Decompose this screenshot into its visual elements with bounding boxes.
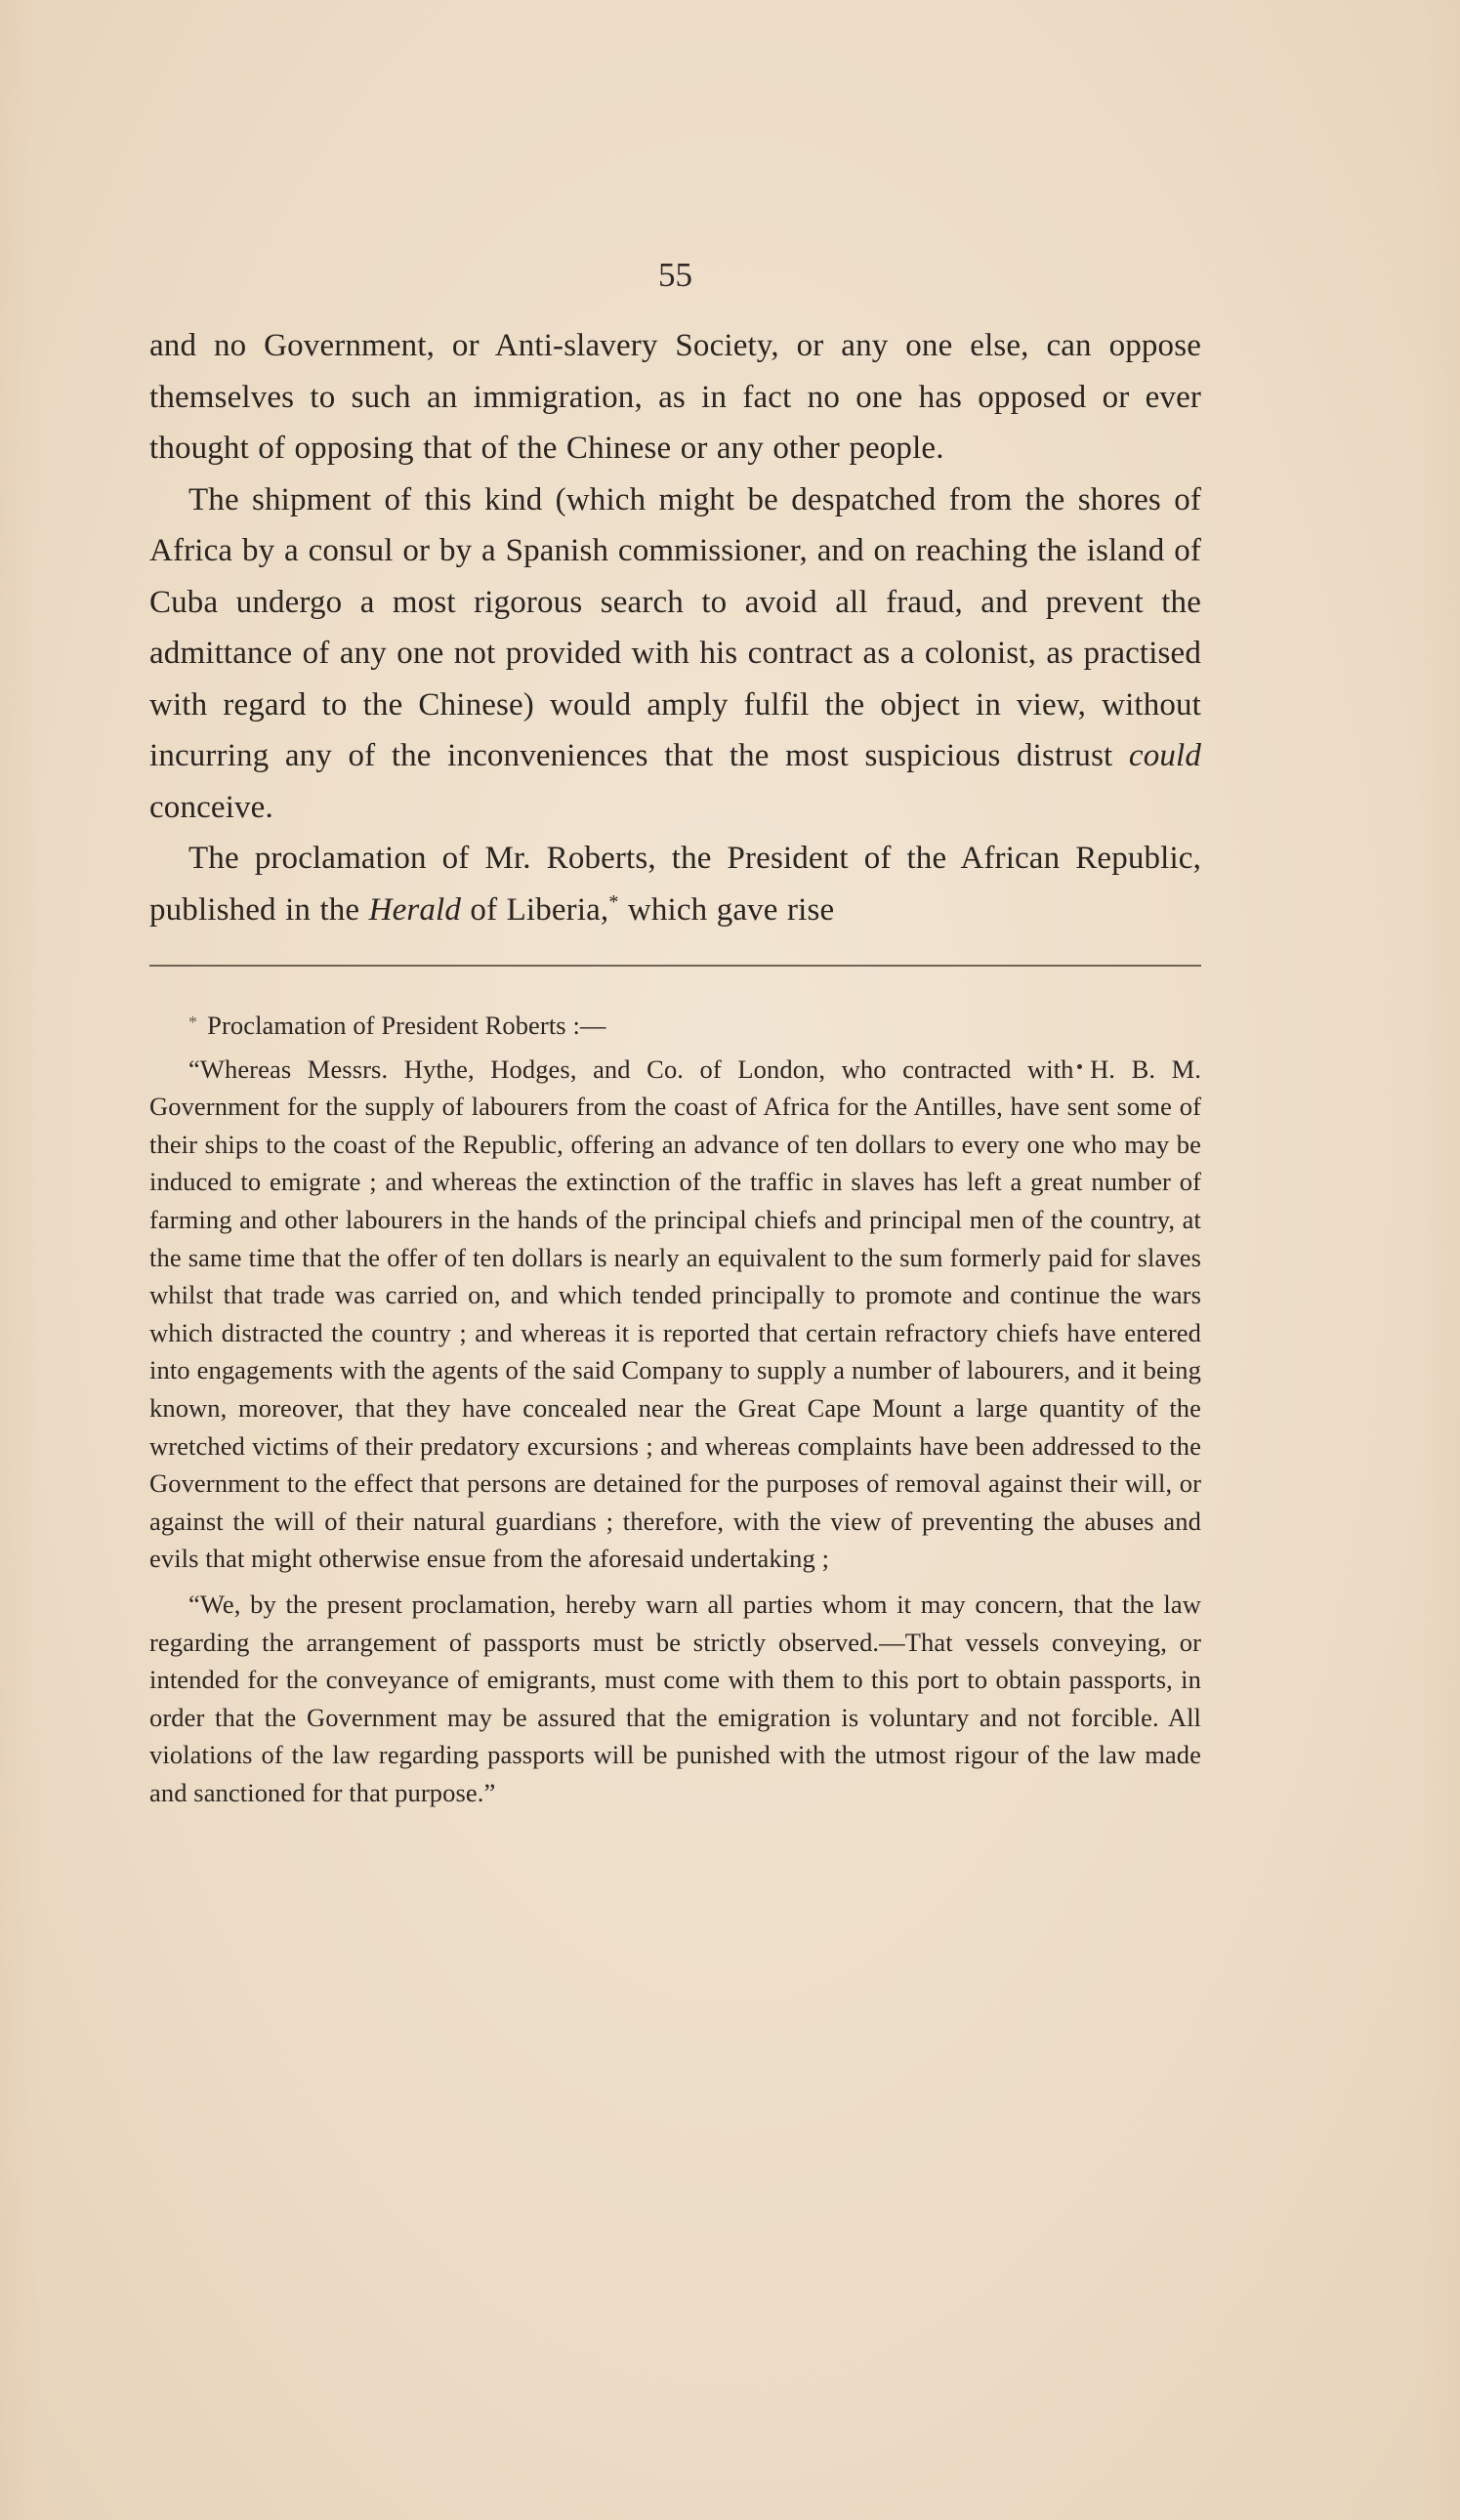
footnote-heading-text: Proclamation of President Roberts :— <box>207 1011 605 1040</box>
footnote-paragraph-warning: “We, by the present proclamation, hereby… <box>149 1586 1201 1812</box>
paragraph-text-end: which gave rise <box>619 892 835 928</box>
book-page: 55 and no Government, or Anti-slavery So… <box>149 256 1201 1811</box>
paragraph-text-tail: conceive. <box>149 790 273 825</box>
paragraph-text: The shipment of this kind (which might b… <box>149 482 1201 774</box>
italic-word: could <box>1129 738 1201 773</box>
paragraph-continuation: and no Government, or Anti-slavery Socie… <box>149 320 1201 475</box>
paragraph-shipment: The shipment of this kind (which might b… <box>149 475 1201 834</box>
footnote-section: *Proclamation of President Roberts :— “W… <box>149 1004 1201 1811</box>
paragraph-proclamation: The proclamation of Mr. Roberts, the Pre… <box>149 833 1201 935</box>
main-text: and no Government, or Anti-slavery Socie… <box>149 320 1201 935</box>
footnote-heading: *Proclamation of President Roberts :— <box>149 1004 1201 1045</box>
footnote-marker: * <box>188 1012 197 1032</box>
footnote-reference[interactable]: * <box>608 891 618 913</box>
page-number: 55 <box>149 256 1201 295</box>
footnote-divider <box>149 965 1201 967</box>
herald-title: Herald <box>369 892 461 928</box>
footnote-paragraph-whereas: “Whereas Messrs. Hythe, Hodges, and Co. … <box>149 1051 1201 1578</box>
print-speck <box>1077 1064 1082 1069</box>
paragraph-text: of Liberia, <box>461 892 608 928</box>
